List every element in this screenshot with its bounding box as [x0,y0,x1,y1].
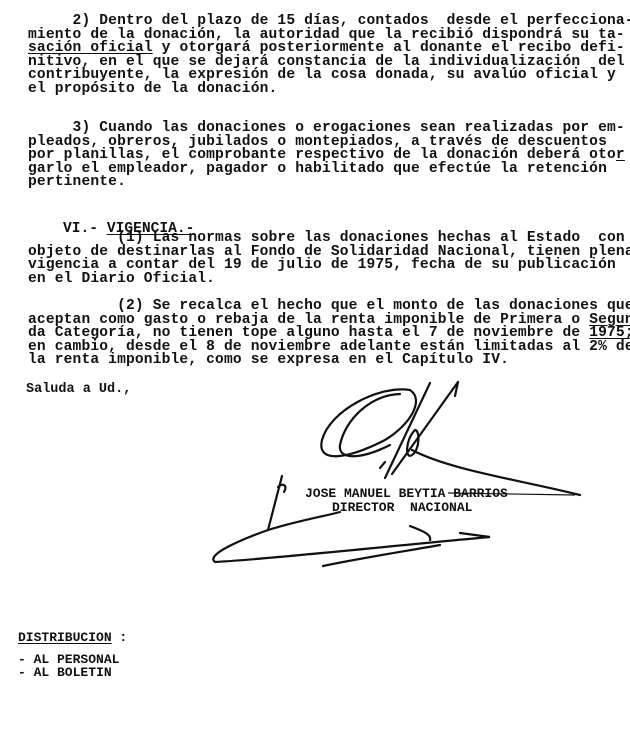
distribution-item: - AL BOLETIN [18,665,112,680]
document-page: 2) Dentro del plazo de 15 días, contados… [0,0,630,736]
paragraph-vigencia-2: (2) Se recalca el hecho que el monto de … [28,300,608,368]
underlined-text: r [616,147,625,163]
text-line: la renta imponible, como se expresa en e… [28,354,608,368]
distribution-label: DISTRIBUCION [18,630,112,645]
signatory-name: JOSE MANUEL BEYTIA BARRIOS [305,486,508,501]
paragraph-vigencia-1: (1) Las normas sobre las donaciones hech… [28,232,608,286]
text-line: en el Diario Oficial. [28,273,608,287]
paragraph-item-2: 2) Dentro del plazo de 15 días, contados… [28,15,608,97]
signatory-title: DIRECTOR NACIONAL [332,500,472,515]
distribution-heading: DISTRIBUCION : [18,630,127,645]
text-line: el propósito de la donación. [28,83,608,97]
handwritten-signature [0,0,630,736]
closing-salutation: Saluda a Ud., [26,382,131,397]
text-line: pertinente. [28,176,608,190]
paragraph-item-3: 3) Cuando las donaciones o erogaciones s… [28,122,608,190]
distribution-colon: : [112,630,128,645]
